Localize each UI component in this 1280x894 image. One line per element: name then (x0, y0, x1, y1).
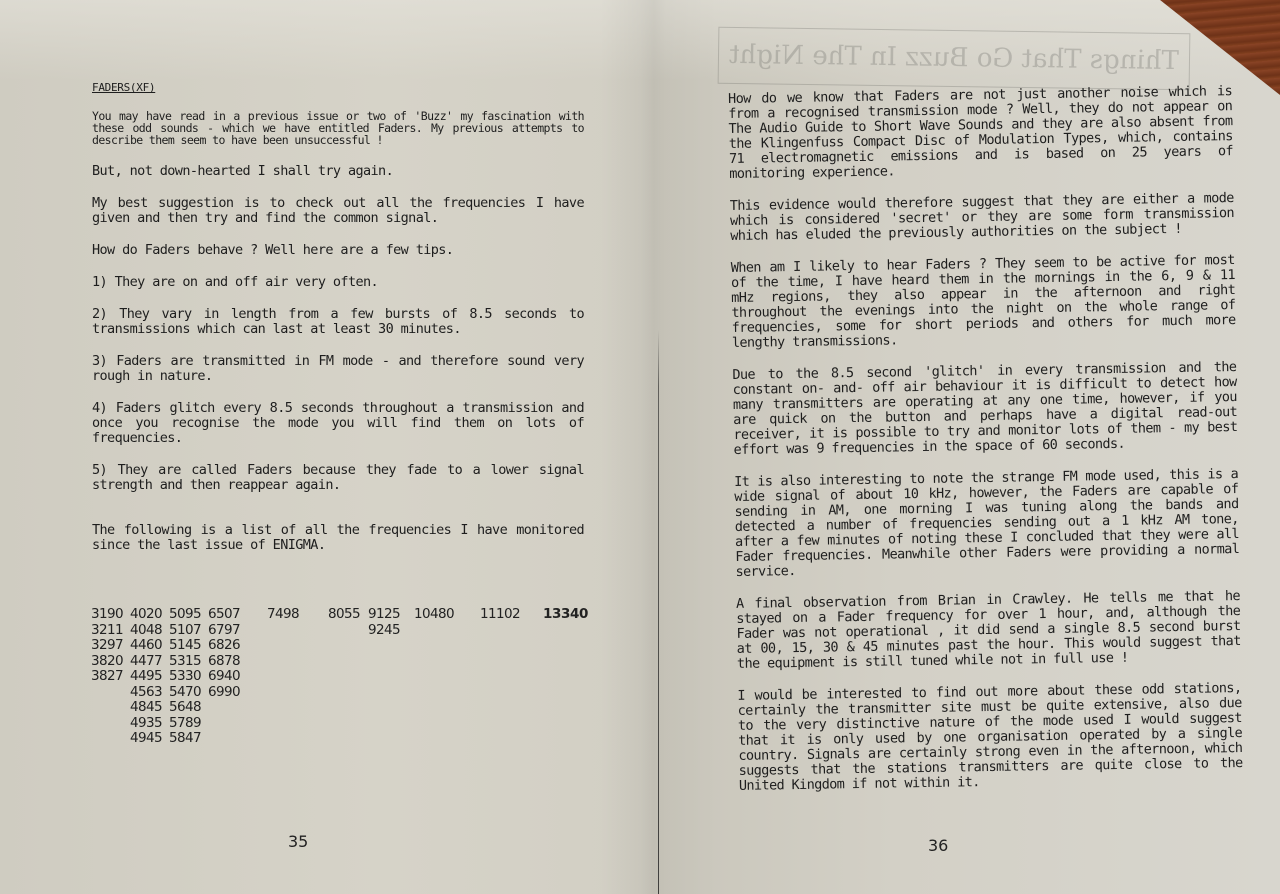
frequency-column: 91259245 (368, 607, 400, 638)
tip-5: 5) They are called Faders because they f… (92, 463, 584, 493)
right-page: How do we know that Faders are not just … (728, 84, 1243, 811)
frequency-value: 9125 (368, 607, 400, 623)
page-number-left: 35 (288, 832, 308, 851)
frequency-value: 3827 (91, 669, 123, 685)
frequency-value: 5107 (169, 623, 201, 639)
frequency-value: 11102 (480, 607, 520, 623)
right-paragraph: How do we know that Faders are not just … (728, 84, 1233, 182)
frequency-value: 6797 (208, 623, 240, 639)
frequency-list-intro: The following is a list of all the frequ… (92, 523, 584, 553)
frequency-column: 650767976826687869406990 (208, 607, 240, 700)
tip-3: 3) Faders are transmitted in FM mode - a… (92, 354, 584, 384)
book-gutter (600, 0, 720, 894)
frequency-column: 31903211329738203827 (91, 607, 123, 685)
right-paragraph: I would be interested to find out more a… (737, 681, 1243, 794)
frequency-value: 3820 (91, 654, 123, 670)
frequency-value: 6878 (208, 654, 240, 670)
frequency-value: 5145 (169, 638, 201, 654)
frequency-value: 4935 (130, 716, 162, 732)
frequency-value: 4048 (130, 623, 162, 639)
tip-1: 1) They are on and off air very often. (92, 275, 584, 290)
right-paragraph: When am I likely to hear Faders ? They s… (731, 253, 1236, 351)
frequency-value: 5095 (169, 607, 201, 623)
frequency-value: 5315 (169, 654, 201, 670)
frequency-value: 3297 (91, 638, 123, 654)
right-paragraph: It is also interesting to note the stran… (734, 467, 1240, 580)
frequency-value: 5470 (169, 685, 201, 701)
frequency-value: 6990 (208, 685, 240, 701)
frequency-value: 6940 (208, 669, 240, 685)
frequency-value: 5789 (169, 716, 201, 732)
handwritten-frequency: 13340 (543, 607, 588, 623)
frequency-column: 10480 (414, 607, 454, 623)
frequency-column: 509551075145531553305470564857895847 (169, 607, 201, 747)
frequency-value: 9245 (368, 623, 400, 639)
frequency-value: 6826 (208, 638, 240, 654)
frequency-value: 4563 (130, 685, 162, 701)
frequency-value: 4495 (130, 669, 162, 685)
frequency-value: 5847 (169, 731, 201, 747)
frequency-column: 7498 (267, 607, 299, 623)
frequency-value: 4945 (130, 731, 162, 747)
left-paragraph: But, not down-hearted I shall try again. (92, 164, 584, 179)
right-paragraph: Due to the 8.5 second 'glitch' in every … (732, 360, 1237, 458)
frequency-value: 5330 (169, 669, 201, 685)
bleed-through-header: Things That Go Buzz In The Night (718, 27, 1191, 91)
frequency-column: 11102 (480, 607, 520, 623)
right-paragraph: This evidence would therefore suggest th… (730, 191, 1235, 244)
frequency-value: 4845 (130, 700, 162, 716)
page-number-right: 36 (928, 836, 948, 855)
article-heading: FADERS(XF) (92, 80, 584, 95)
intro-paragraph: You may have read in a previous issue or… (92, 110, 584, 146)
left-page: FADERS(XF) You may have read in a previo… (92, 80, 584, 570)
tip-4: 4) Faders glitch every 8.5 seconds throu… (92, 401, 584, 446)
frequency-value: 7498 (267, 607, 299, 623)
frequency-value: 3211 (91, 623, 123, 639)
frequency-value: 10480 (414, 607, 454, 623)
frequency-value: 6507 (208, 607, 240, 623)
frequency-value: 4020 (130, 607, 162, 623)
left-paragraph: How do Faders behave ? Well here are a f… (92, 243, 584, 258)
frequency-value: 4460 (130, 638, 162, 654)
right-paragraph: A final observation from Brian in Crawle… (736, 589, 1241, 672)
page-fold-line (658, 330, 659, 894)
frequency-value: 5648 (169, 700, 201, 716)
left-paragraph: My best suggestion is to check out all t… (92, 196, 584, 226)
frequency-value: 4477 (130, 654, 162, 670)
frequency-column: 402040484460447744954563484549354945 (130, 607, 162, 747)
tip-2: 2) They vary in length from a few bursts… (92, 307, 584, 337)
frequency-value: 8055 (328, 607, 360, 623)
frequency-column: 13340 (543, 607, 588, 623)
frequency-column: 8055 (328, 607, 360, 623)
frequency-value: 3190 (91, 607, 123, 623)
